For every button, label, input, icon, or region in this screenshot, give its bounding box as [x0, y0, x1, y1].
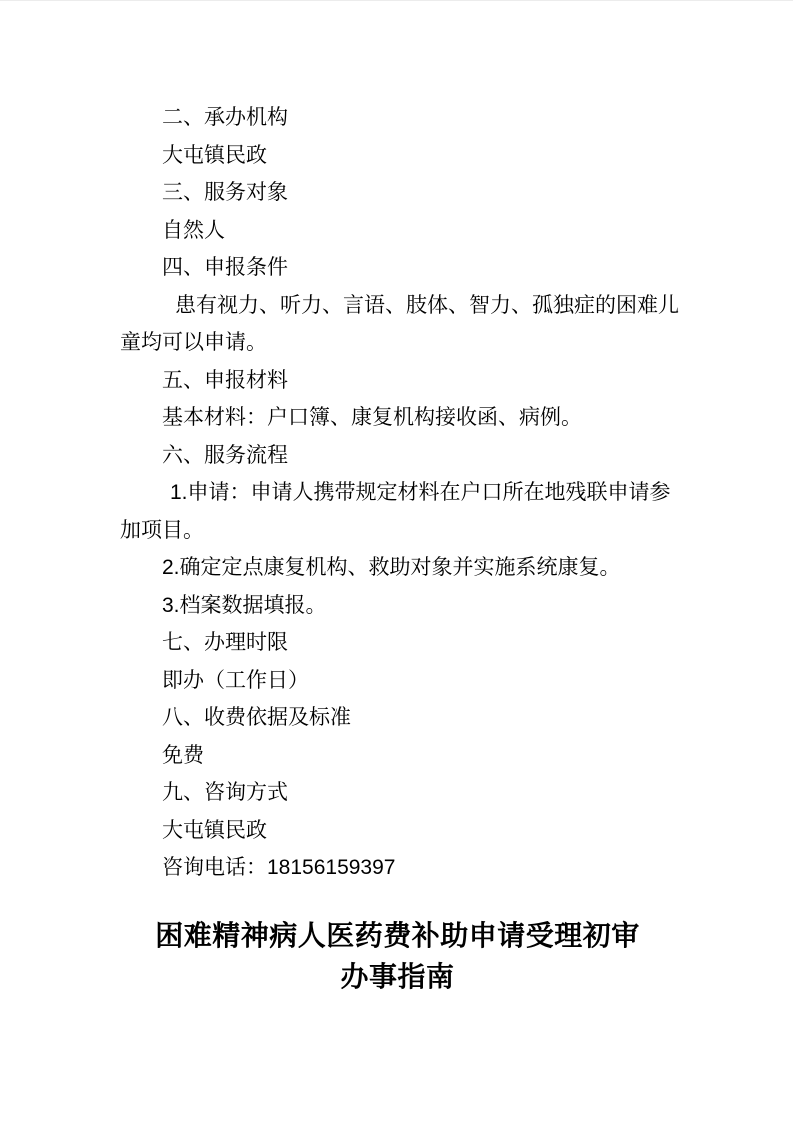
next-guide-title-line-1: 困难精神病人医药费补助申请受理初审: [120, 915, 675, 956]
section-4-conditions-line-1: 患有视力、听力、言语、肢体、智力、孤独症的困难儿: [120, 287, 675, 325]
section-7-heading: 七、办理时限: [120, 624, 675, 662]
section-6-step-2: 2.确定定点康复机构、救助对象并实施系统康复。: [120, 549, 675, 587]
section-3-service-target: 自然人: [120, 212, 675, 250]
section-4-heading: 四、申报条件: [120, 249, 675, 287]
section-8-fee: 免费: [120, 737, 675, 775]
section-5-materials: 基本材料：户口簿、康复机构接收函、病例。: [120, 399, 675, 437]
section-8-heading: 八、收费依据及标准: [120, 699, 675, 737]
section-6-step-1-line-1: 1.申请：申请人携带规定材料在户口所在地残联申请参: [120, 474, 675, 512]
next-guide-title-line-2: 办事指南: [120, 956, 675, 997]
section-6-step-1-line-2: 加项目。: [120, 512, 675, 550]
section-5-heading: 五、申报材料: [120, 362, 675, 400]
section-6-heading: 六、服务流程: [120, 437, 675, 475]
section-9-heading: 九、咨询方式: [120, 774, 675, 812]
document-body: 二、承办机构 大屯镇民政 三、服务对象 自然人 四、申报条件 患有视力、听力、言…: [0, 1, 793, 997]
section-6-step-3: 3.档案数据填报。: [120, 587, 675, 625]
section-2-heading: 二、承办机构: [120, 99, 675, 137]
section-4-conditions-line-2: 童均可以申请。: [120, 324, 675, 362]
section-3-heading: 三、服务对象: [120, 174, 675, 212]
section-2-organization: 大屯镇民政: [120, 137, 675, 175]
section-9-organization: 大屯镇民政: [120, 812, 675, 850]
section-7-time-limit: 即办（工作日）: [120, 662, 675, 700]
document-page: 二、承办机构 大屯镇民政 三、服务对象 自然人 四、申报条件 患有视力、听力、言…: [0, 0, 793, 1122]
section-9-phone: 咨询电话：18156159397: [120, 849, 675, 887]
next-guide-title: 困难精神病人医药费补助申请受理初审 办事指南: [120, 915, 675, 997]
